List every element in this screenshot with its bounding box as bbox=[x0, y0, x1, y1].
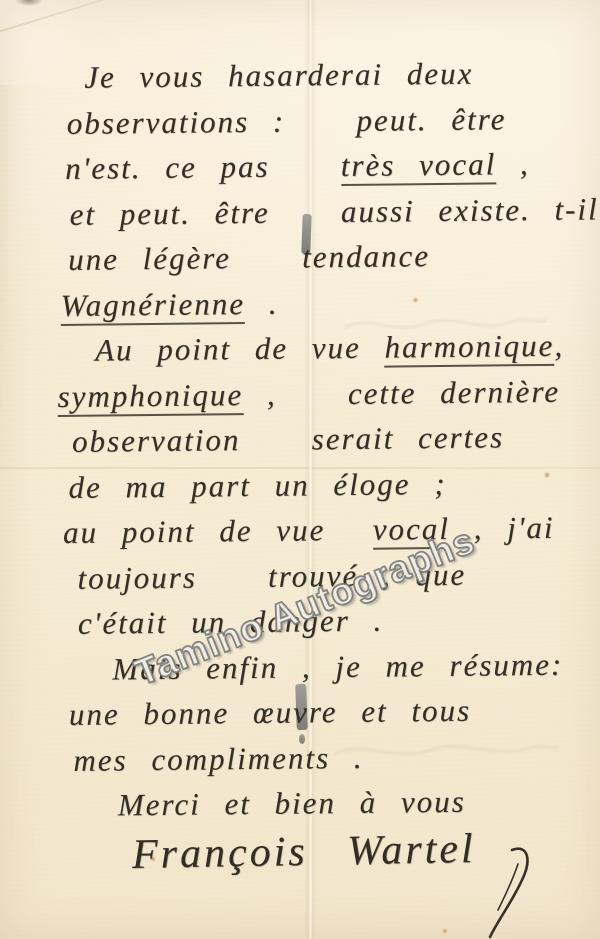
text-segment: Je vous hasarderai deux bbox=[84, 56, 473, 95]
signature-flourish bbox=[452, 842, 532, 939]
letter-line: au point de vue vocal , j'ai bbox=[63, 505, 599, 556]
underlined-phrase: vocal bbox=[373, 511, 451, 550]
letter-line: de ma part un éloge ; bbox=[68, 460, 598, 511]
underlined-phrase: symphonique bbox=[57, 377, 243, 417]
text-segment: de ma part un éloge ; bbox=[68, 465, 446, 504]
letter-line: n'est. ce pas très vocal , bbox=[65, 141, 595, 192]
foxing-spot bbox=[442, 928, 448, 934]
text-segment: , cette dernière bbox=[243, 373, 560, 411]
text-segment: toujours trouvé , que bbox=[77, 556, 466, 595]
letter-line: observations : peut. être bbox=[66, 96, 594, 147]
letter-line: une bonne œuvre et tous bbox=[69, 687, 600, 738]
text-segment: observations : peut. être bbox=[67, 101, 507, 141]
letter-line: Wagnérienne . bbox=[60, 278, 596, 329]
scanned-letter-page: Je vous hasarderai deuxobservations : pe… bbox=[0, 0, 600, 939]
text-segment: une légère tendance bbox=[68, 238, 430, 277]
letter-line: une légère tendance bbox=[68, 232, 596, 283]
letter-line: Merci et bien à vous bbox=[118, 778, 600, 829]
text-segment: au point de vue bbox=[63, 512, 373, 550]
letter-line: mes compliments . bbox=[73, 733, 600, 784]
top-edge-nick bbox=[16, 0, 42, 6]
letter-line: et peut. être aussi existe. t-il bbox=[69, 187, 595, 238]
letter-line: observation serait certes bbox=[72, 414, 598, 465]
letter-body: Je vous hasarderai deuxobservations : pe… bbox=[58, 50, 600, 829]
text-segment: mes compliments . bbox=[73, 739, 364, 777]
text-segment: Mais enfin , je me résume: bbox=[112, 646, 563, 686]
letter-line: c'était un danger . bbox=[78, 596, 600, 647]
letter-line: Je vous hasarderai deux bbox=[84, 50, 594, 101]
text-segment: , bbox=[554, 328, 564, 363]
text-segment: . bbox=[245, 285, 279, 320]
underlined-phrase: très vocal bbox=[341, 146, 497, 186]
text-segment: n'est. ce pas bbox=[65, 148, 341, 186]
text-segment: Au point de vue bbox=[95, 330, 385, 368]
letter-line: toujours trouvé , que bbox=[77, 551, 599, 602]
text-segment: , bbox=[496, 146, 530, 181]
underlined-phrase: harmonique bbox=[384, 328, 554, 368]
text-segment: observation serait certes bbox=[72, 419, 504, 459]
text-segment: une bonne œuvre et tous bbox=[69, 693, 472, 732]
letter-line: symphonique , cette dernière bbox=[57, 369, 597, 420]
text-segment: , j'ai bbox=[450, 510, 555, 546]
letter-line: Au point de vue harmonique, bbox=[95, 323, 597, 374]
signature: François Wartel bbox=[132, 825, 476, 879]
underlined-phrase: Wagnérienne bbox=[60, 286, 245, 326]
letter-line: Mais enfin , je me résume: bbox=[112, 642, 600, 693]
text-segment: c'était un danger . bbox=[78, 603, 384, 641]
text-segment: et peut. être aussi existe. t-il bbox=[69, 191, 598, 232]
text-segment: Merci et bien à vous bbox=[118, 784, 466, 823]
